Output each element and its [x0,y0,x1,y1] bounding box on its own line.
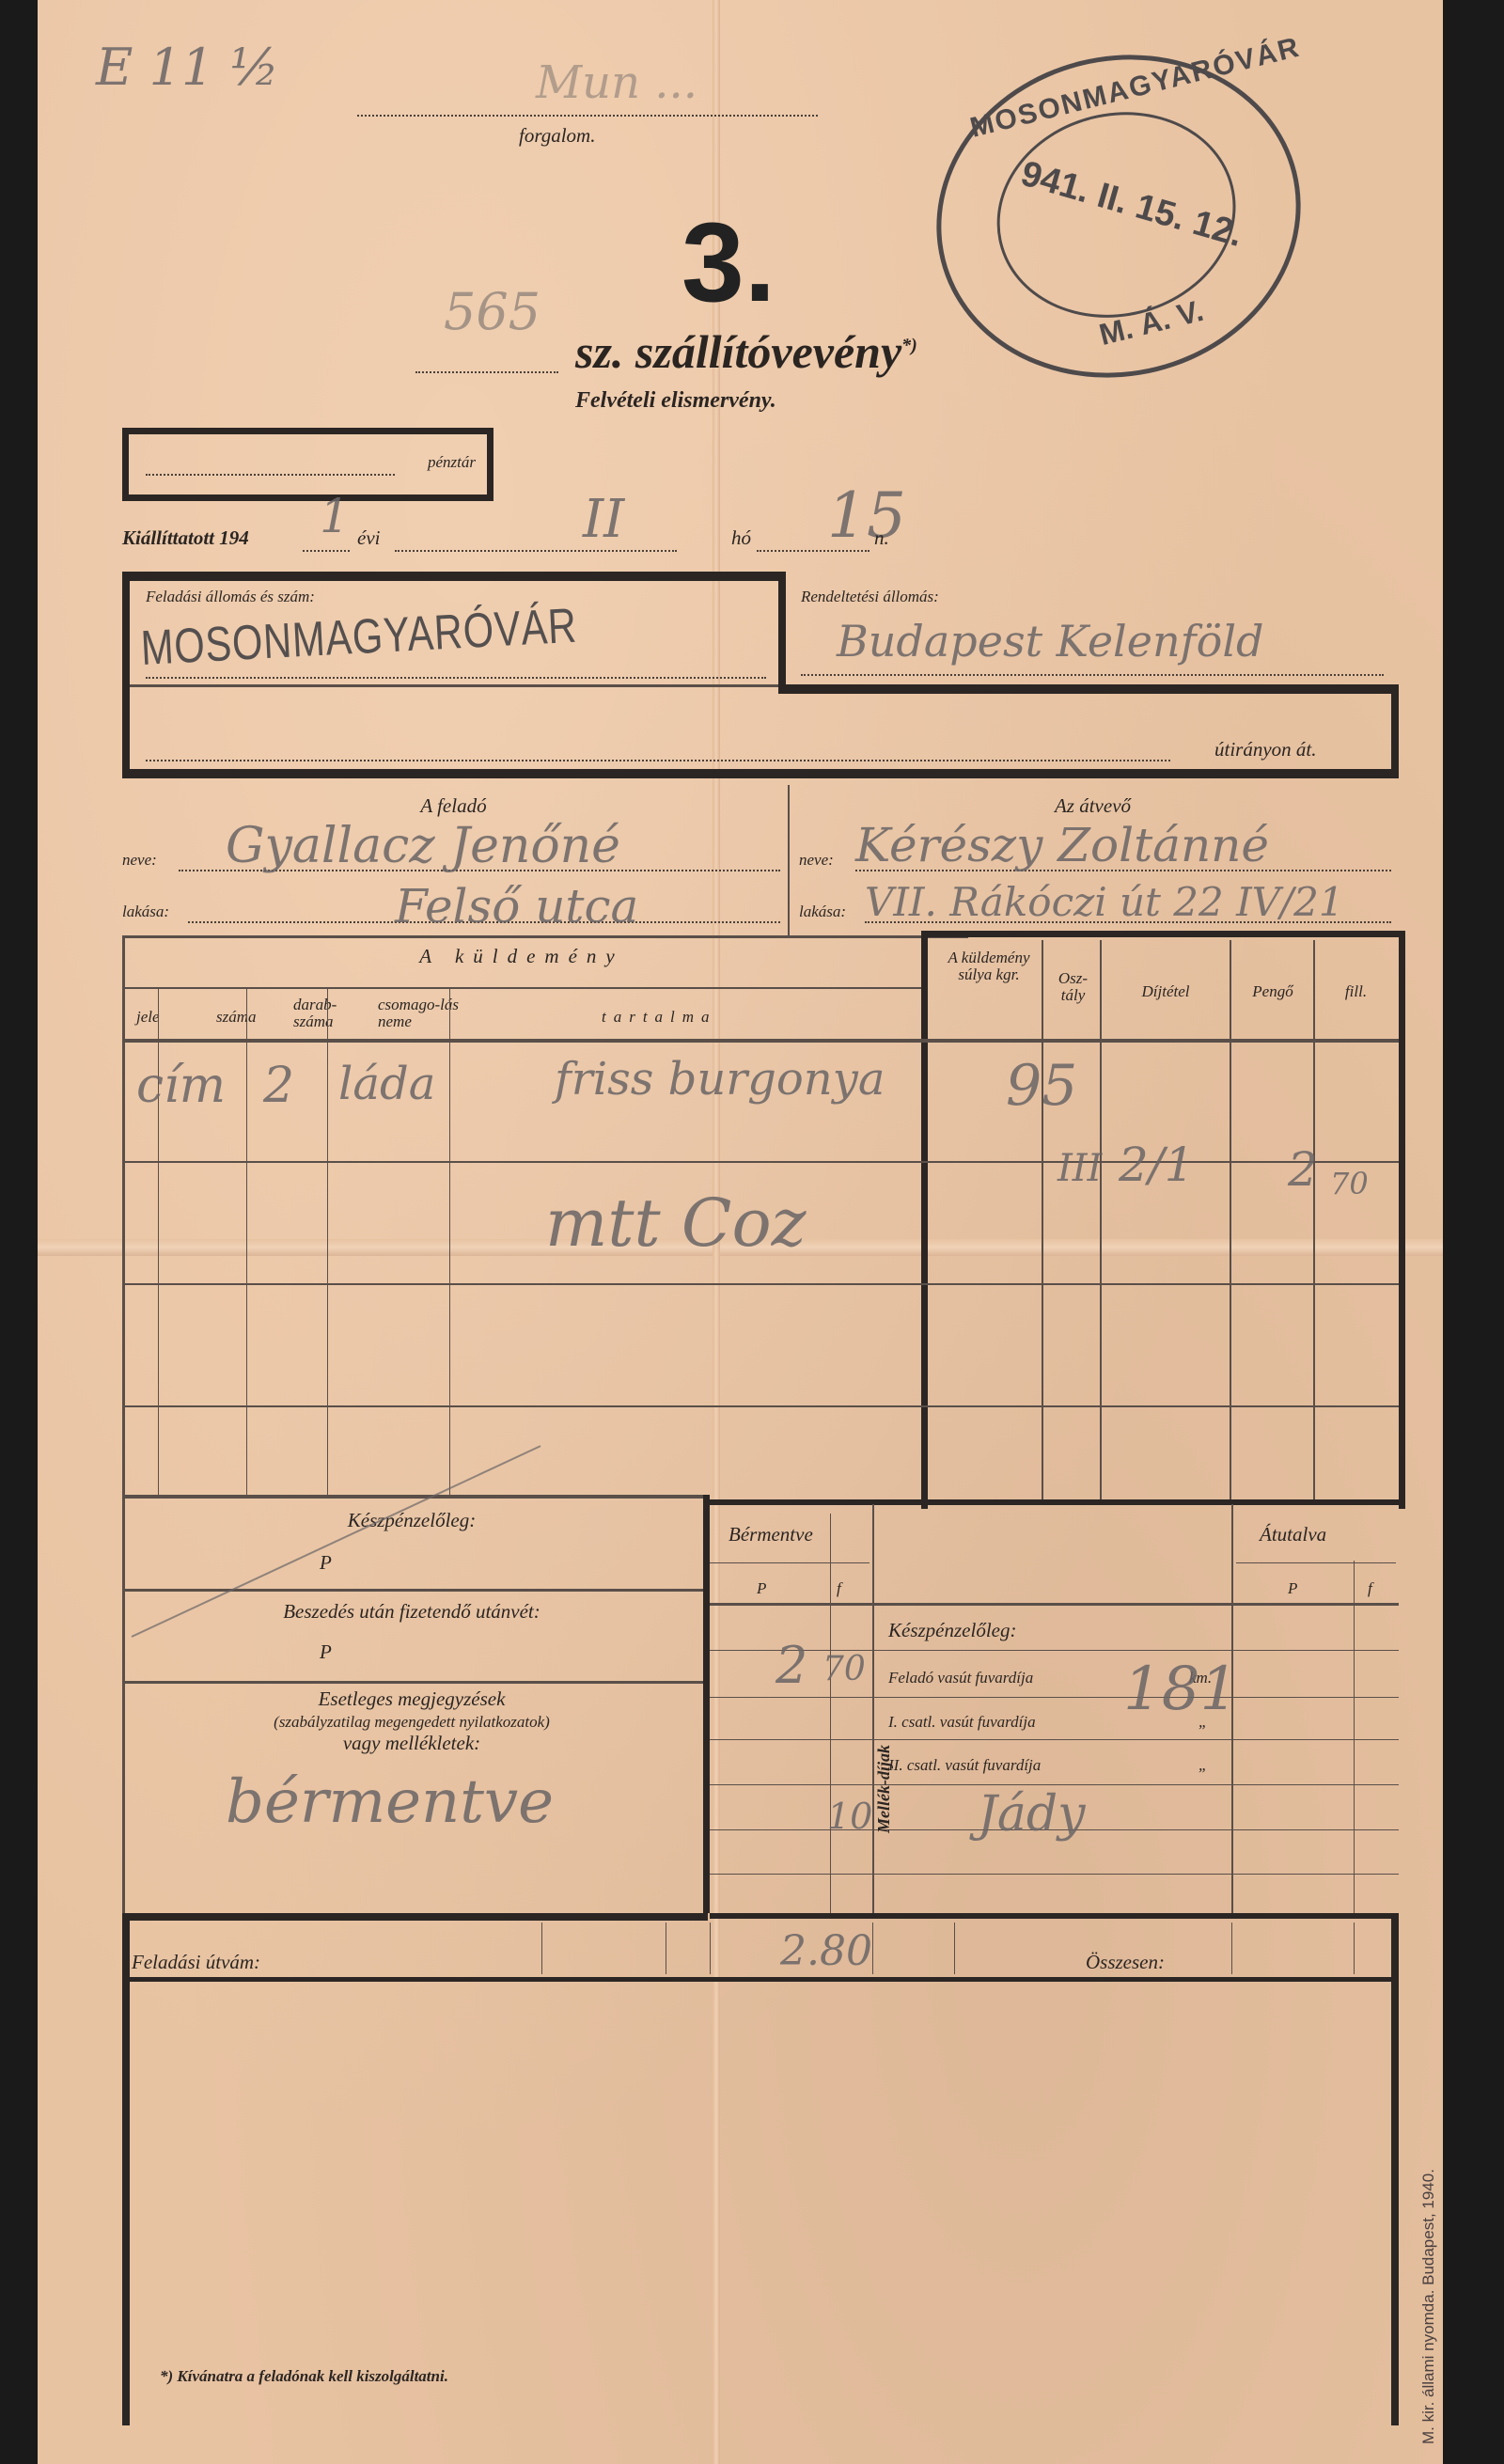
rule [122,935,968,938]
fee-row-unit: „ [1198,1756,1207,1775]
route-line [146,760,1170,761]
form-title: sz. szállítóvevény*) [575,324,917,379]
departure-label: Feladási állomás és szám: [146,588,315,606]
rule [1042,940,1043,1499]
rule [710,1739,1399,1740]
route-fee-label: Feladási útvám: [132,1951,260,1974]
form-number: 3. [681,197,775,327]
recipient-address-value: VII. Rákóczi út 22 IV/21 [865,879,1344,925]
fee-row-label: I. csatl. vasút fuvardíja [888,1713,1036,1732]
fee-f-value: 70 [822,1650,866,1688]
col-pengo: Pengő [1231,982,1314,1001]
rule [872,1923,873,1974]
n-label: n. [874,526,889,550]
destination-value: Budapest Kelenföld [837,616,1263,667]
fee-row-label: Feladó vasút fuvardíja [888,1669,1033,1687]
destination-line [801,674,1384,676]
rule [703,1499,1399,1505]
notes-value: bérmentve [226,1767,554,1837]
rule [125,1589,708,1592]
handwritten-mellek: Jády [978,1786,1086,1843]
sender-name-label: neve: [122,851,157,870]
departure-stamp: MOSONMAGYARÓVÁR [139,598,578,677]
handwritten-note: E 11 ½ [96,38,279,97]
route-label: útirányon át. [1214,738,1317,761]
col-tartalma: tartalma [602,1008,717,1027]
rule [1231,1923,1232,1974]
cod-label: Beszedés után fizetendő utánvét: [125,1600,698,1624]
col-csomag: csomago-lás neme [378,997,477,1030]
serial-line [415,371,558,373]
cash-advance-label-left: Készpénzelőleg: [125,1509,698,1532]
f-label: f [1368,1579,1372,1598]
rule [703,1495,710,1913]
footnote: *) Kívánatra a feladónak kell kiszolgált… [160,2367,448,2386]
rule [710,1874,1399,1875]
row-darab: láda [338,1058,435,1110]
issued-year-value: 1 [320,489,350,543]
rule [130,1977,1391,1982]
handwritten-serial: 565 [444,282,540,341]
recipient-heading: Az átvevő [790,794,1396,818]
rule [125,1283,1399,1285]
form-subtitle: Felvételi elismervény. [575,388,776,414]
rule [125,1161,1399,1163]
f-label: f [837,1579,841,1598]
col-darab: darab-száma [293,997,364,1030]
fee-p-value: 2 [775,1636,807,1695]
recipient-name-label: neve: [799,851,834,870]
handwritten-km: 181 [1123,1655,1238,1724]
evi-label: évi [357,526,380,550]
footnote-mark: *) [901,335,917,355]
sender-name-value: Gyallacz Jenőné [226,818,620,874]
rule [246,987,247,1495]
sender-heading: A feladó [122,794,785,818]
row-szama: 2 [263,1058,294,1114]
row-jele: cím [136,1058,226,1114]
rule [710,1650,1399,1651]
printer-imprint: M. kir. állami nyomda. Budapest, 1940. [1419,2169,1438,2444]
rule [830,1514,831,1913]
row-fill: 70 [1330,1166,1369,1201]
mellek-label: Mellék-díjak [874,1739,894,1833]
rule [954,1923,955,1974]
rule [1354,1923,1355,1974]
postmark-stamp: MOSONMAGYARÓVÁR 941. II. 15. 12. M. Á. V… [902,17,1336,416]
sender-address-value: Felső utca [395,879,638,934]
ho-label: hó [731,526,751,550]
rule [1230,940,1231,1499]
rule [1236,1562,1396,1563]
atutalva-label: Átutalva [1260,1523,1326,1546]
issued-month-value: II [583,489,624,550]
rule [778,572,786,692]
issued-day-value: 15 [827,479,906,552]
row-pengo: 2 [1288,1142,1318,1197]
rule [710,1603,1399,1606]
rule [125,1405,1399,1407]
rule [122,572,130,777]
rule [1313,940,1315,1499]
col-suly: A küldemény súlya kgr. [932,950,1045,983]
rule [778,684,1399,694]
col-fill: fill. [1316,982,1396,1001]
notes-title: Esetleges megjegyzések [125,1687,698,1711]
rule [130,684,778,687]
rule [872,1504,874,1913]
rule [1354,1561,1355,1913]
rule [122,1913,130,2425]
rule [125,1039,1399,1043]
sender-address-label: lakása: [122,902,169,921]
row-dijtetel: 2/1 [1119,1138,1194,1192]
rule [710,1923,711,1974]
rule [449,987,450,1495]
rule [666,1923,666,1974]
title-text: sz. szállítóvevény [575,325,901,378]
col-szama: száma [216,1008,257,1027]
month-line [395,550,677,552]
rule [122,935,125,1918]
penztar-label: pénztár [428,453,476,472]
rule [710,1913,1399,1919]
shipment-heading: A küldemény [122,945,921,968]
mellek-value: 10 [827,1796,872,1837]
rule [710,1562,869,1563]
cash-advance-label-right: Készpénzelőleg: [888,1619,1016,1642]
document-paper: E 11 ½ Mun ... forgalom. 3. 565 sz. szál… [38,0,1443,2464]
recipient-name-value: Kérészy Zoltánné [855,818,1269,872]
issued-year-line [303,550,350,552]
p-label: P [1288,1579,1297,1598]
col-jele: jele [136,1008,160,1027]
rule [1100,940,1102,1499]
row-tartalma: friss burgonya [555,1053,885,1106]
rule [710,1784,1399,1785]
rule [122,769,1399,778]
notes-sub: (szabályzatilag megengedett nyilatkozato… [125,1713,698,1732]
p-label: P [320,1551,332,1575]
destination-label: Rendeltetési állomás: [801,588,939,606]
rule [125,987,921,989]
rule [1391,1913,1399,2425]
forgalom-label: forgalom. [519,124,595,148]
issued-prefix: Kiállíttatott 194 [122,526,249,550]
p-label: P [320,1640,332,1664]
bermentve-label: Bérmentve [728,1523,813,1546]
handwritten-note: Mun ... [536,56,697,109]
cashier-line [146,474,395,476]
col-osztaly: Osz-tály [1047,970,1099,1004]
departure-line [146,677,766,679]
handwritten-signature: mtt Coz [545,1185,806,1262]
row-osztaly: III [1057,1147,1102,1190]
rule [710,1697,1399,1698]
notes-sub2: vagy mellékletek: [125,1732,698,1755]
rule [125,1495,708,1499]
row-suly: 95 [1006,1053,1077,1119]
rule [327,987,328,1495]
fee-row-label: II. csatl. vasút fuvardíja [888,1756,1041,1775]
fees-table-frame [921,931,1405,1509]
rule [125,1913,708,1921]
recipient-address-label: lakása: [799,902,846,921]
total-label: Összesen: [1086,1951,1165,1974]
p-label: P [757,1579,766,1598]
col-dijtetel: Díjtétel [1104,982,1227,1001]
rule [541,1923,542,1974]
cashier-box: pénztár [122,428,493,501]
total-value: 2.80 [780,1927,872,1975]
rule [125,1681,708,1684]
rule [122,572,785,581]
traffic-line [357,115,818,117]
rule [1391,684,1399,777]
